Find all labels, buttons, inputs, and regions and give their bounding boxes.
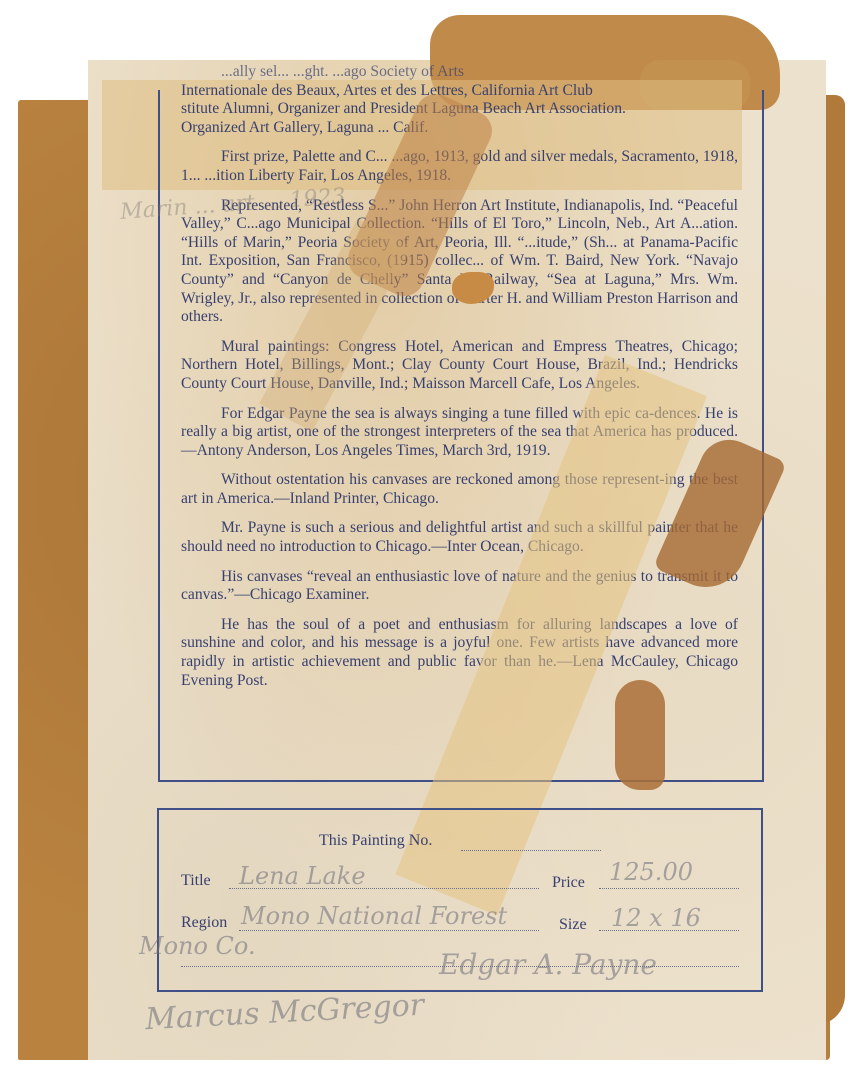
quote-anderson: For Edgar Payne the sea is always singin… [181,405,738,461]
quote-inland-printer: Without ostentation his canvases are rec… [181,471,738,508]
header-fragment: Organized Art Gallery, Laguna ... Calif. [181,119,738,138]
signature: Edgar A. Payne [439,948,657,981]
biography-text: ...ally sel... ...ght. ...ago Society of… [181,63,738,701]
title-label: Title [181,872,211,890]
painting-info-form: This Painting No. Title Lena Lake Price … [157,808,763,992]
region-label: Region [181,914,227,932]
painting-no-label: This Painting No. [319,832,432,850]
price-field [599,888,739,889]
region-value: Mono National Forest [241,902,507,930]
region-field [239,930,539,931]
quote-examiner: His canvases “reveal an enthusiastic lov… [181,568,738,605]
quote-mccauley: He has the soul of a poet and enthusiasm… [181,616,738,690]
represented-paragraph: Represented, “Restless S...” John Herron… [181,197,738,327]
price-label: Price [552,874,585,892]
title-value: Lena Lake [239,862,366,890]
painting-no-field [461,850,601,851]
awards-paragraph: First prize, Palette and C... ...ago, 19… [181,148,738,185]
size-label: Size [559,916,587,934]
quote-inter-ocean: Mr. Payne is such a serious and delightf… [181,519,738,556]
murals-paragraph: Mural paintings: Congress Hotel, America… [181,338,738,394]
header-fragment: Internationale des Beaux, Artes et des L… [181,82,738,101]
extra-note: Mono Co. [139,932,256,960]
header-fragment: stitute Alumni, Organizer and President … [181,100,738,119]
header-fragment: ...ally sel... ...ght. ...ago Society of… [181,63,738,82]
size-value: 12 x 16 [611,904,701,932]
price-value: 125.00 [609,858,693,886]
